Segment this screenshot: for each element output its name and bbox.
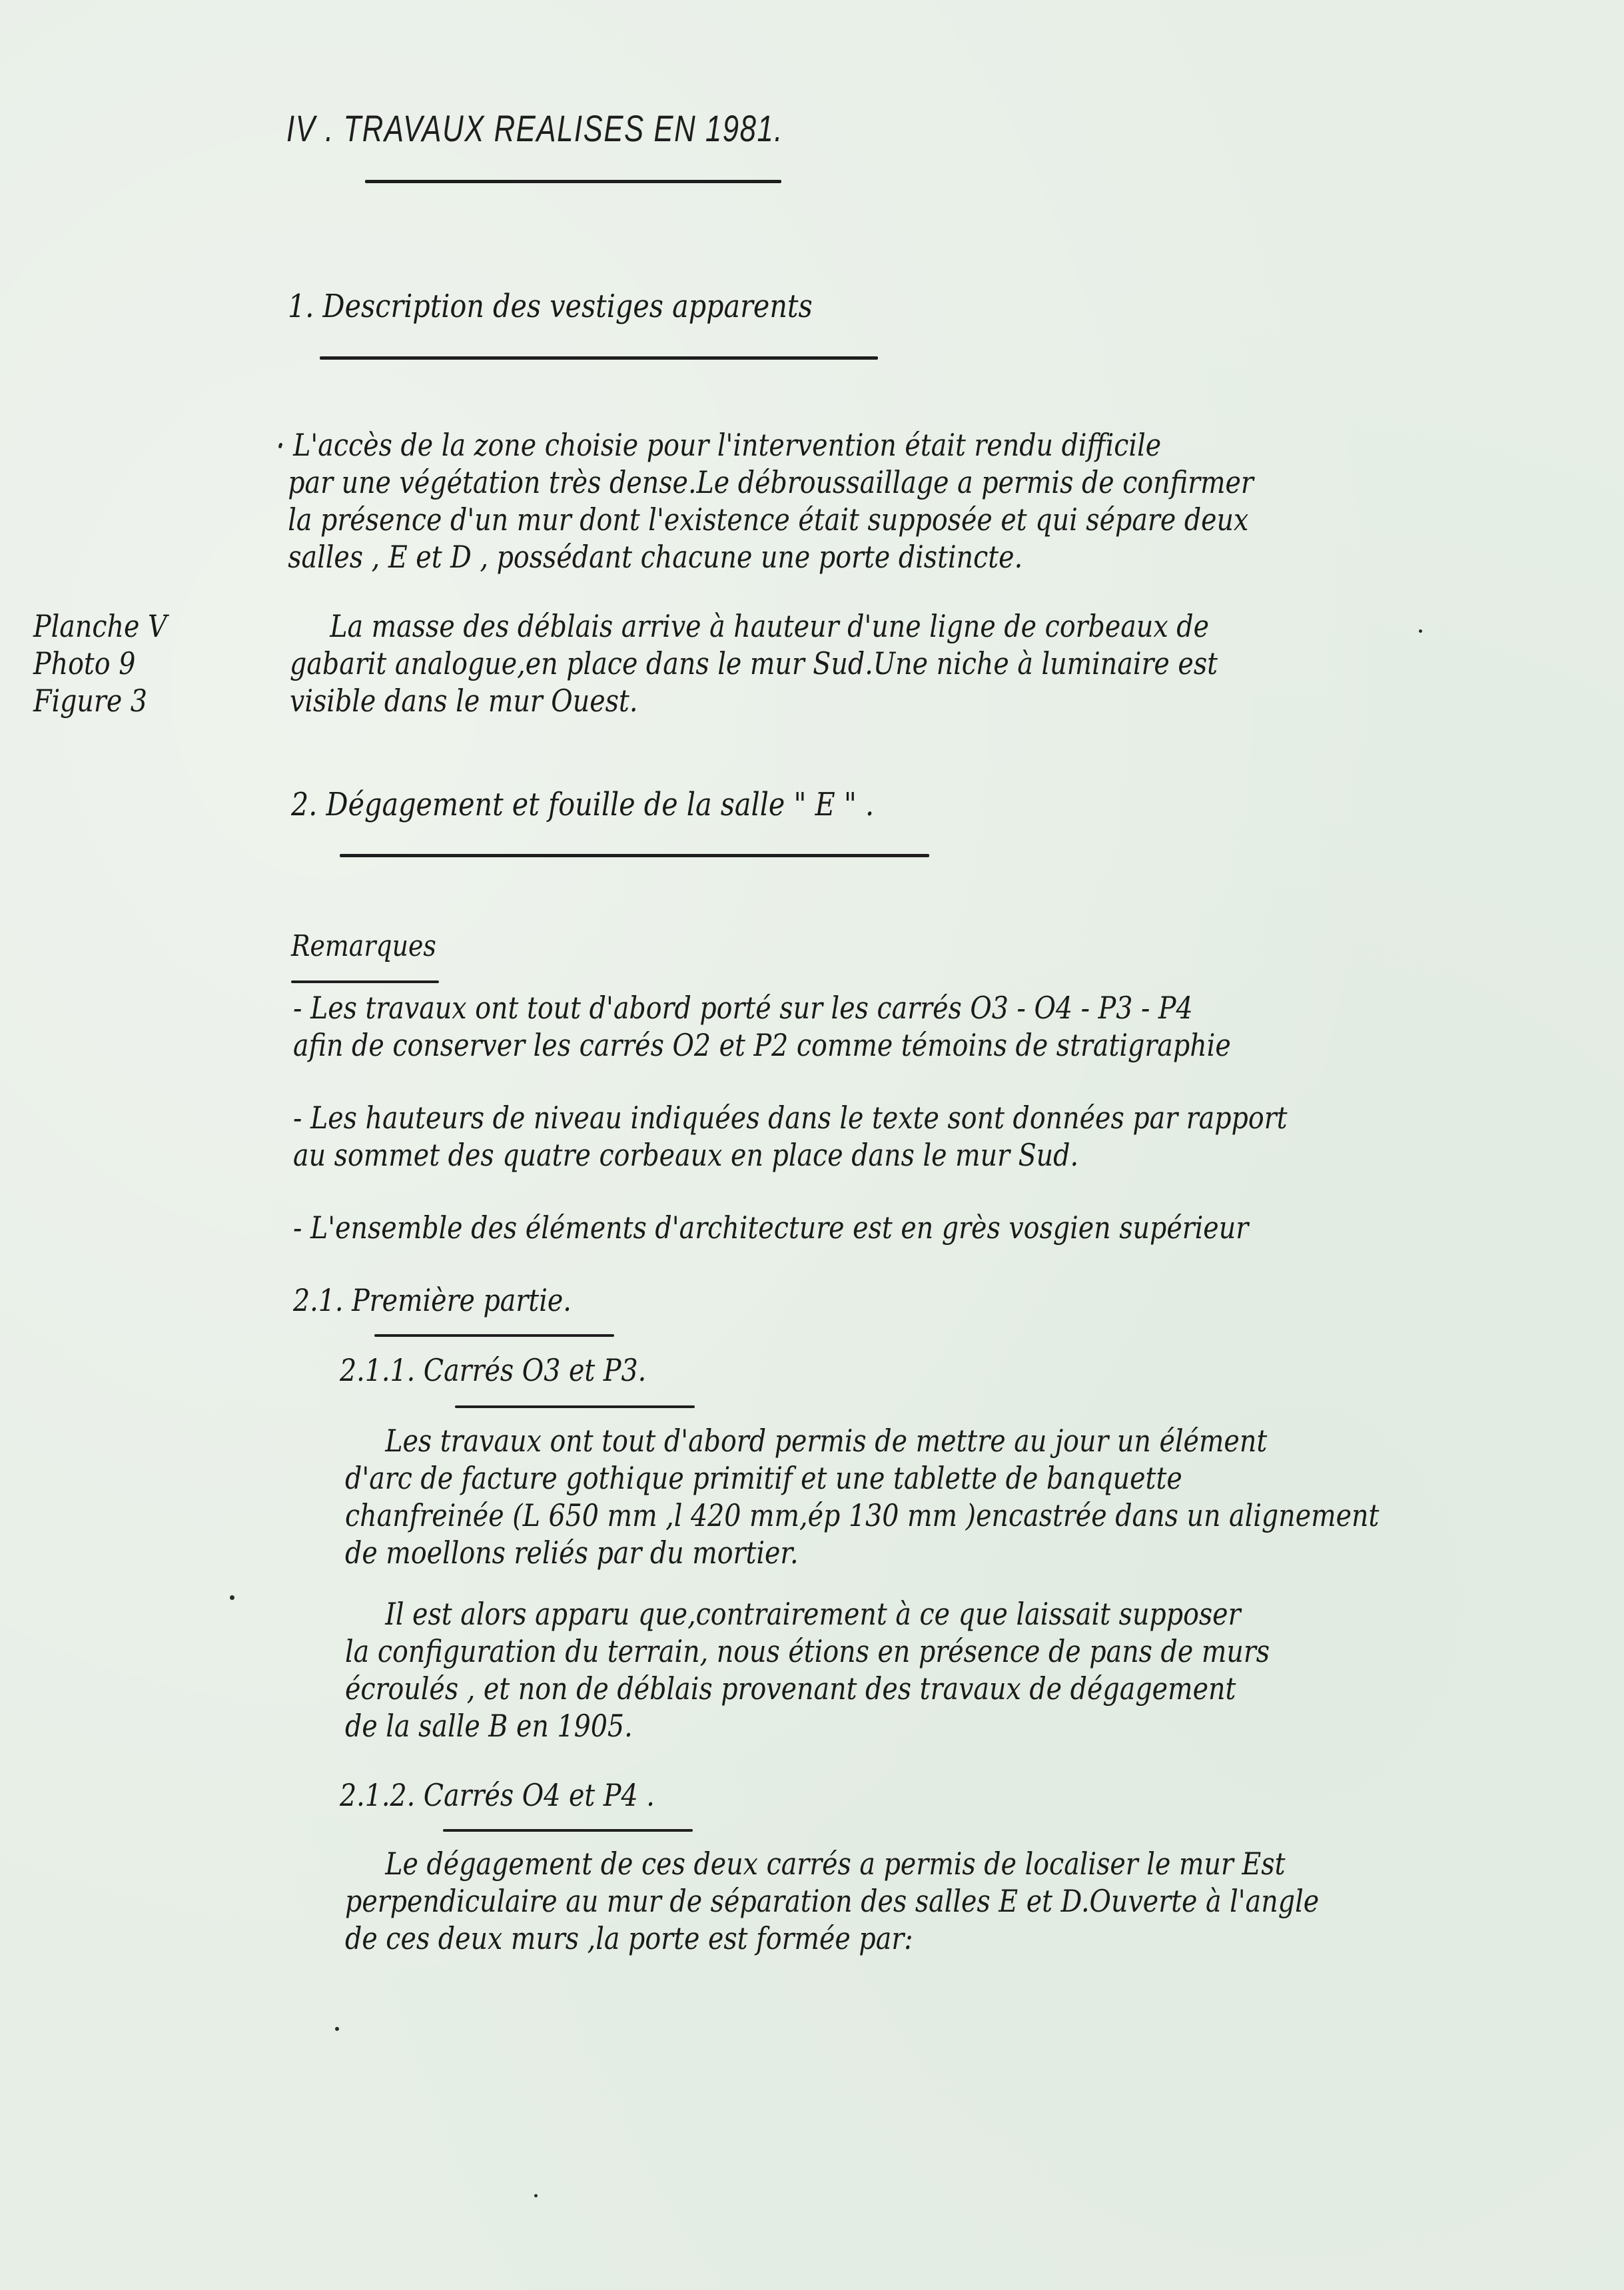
text-line: Il est alors apparu que,contrairement à … — [385, 1595, 1270, 1633]
section-1-paragraph-2: La masse des déblais arrive à hauteur d'… — [290, 607, 1218, 719]
text-line: visible dans le mur Ouest. — [290, 682, 1218, 719]
subsection-2-1-2-heading: 2.1.2. Carrés O4 et P4 . — [340, 1777, 655, 1813]
subsection-2-1-2-underline — [443, 1829, 693, 1832]
text-line: de ces deux murs ,la porte est formée pa… — [345, 1920, 1319, 1957]
section-2-heading: 2. Dégagement et fouille de la salle " E… — [291, 786, 874, 823]
text-line: Le dégagement de ces deux carrés a permi… — [385, 1845, 1319, 1882]
text-line: perpendiculaire au mur de séparation des… — [345, 1882, 1319, 1920]
remark-2: - Les hauteurs de niveau indiquées dans … — [293, 1099, 1288, 1174]
subsection-2-1-heading: 2.1. Première partie. — [293, 1282, 572, 1318]
text-line: salles , E et D , possédant chacune une … — [288, 538, 1254, 575]
subsection-2-1-1-underline — [455, 1405, 695, 1408]
section-2-underline — [340, 854, 929, 857]
text-line: Les travaux ont tout d'abord permis de m… — [385, 1422, 1379, 1459]
subsection-2-1-1-paragraph-2: Il est alors apparu que,contrairement à … — [345, 1595, 1270, 1744]
scan-speck — [534, 2194, 538, 2197]
title-underline — [365, 180, 781, 183]
text-line: de la salle B en 1905. — [345, 1707, 1270, 1744]
text-line: au sommet des quatre corbeaux en place d… — [293, 1136, 1288, 1174]
scan-speck — [1419, 629, 1422, 633]
subsection-2-1-2-paragraph-1: Le dégagement de ces deux carrés a permi… — [345, 1845, 1319, 1957]
margin-references: Planche V Photo 9 Figure 3 — [33, 607, 167, 719]
text-line: La masse des déblais arrive à hauteur d'… — [330, 607, 1218, 645]
margin-note-figure: Figure 3 — [33, 682, 167, 719]
text-line: - Les hauteurs de niveau indiquées dans … — [293, 1099, 1288, 1136]
text-line: de moellons reliés par du mortier. — [345, 1534, 1379, 1571]
subsection-2-1-1-paragraph-1: Les travaux ont tout d'abord permis de m… — [345, 1422, 1379, 1571]
section-1-underline — [320, 356, 878, 360]
text-line: chanfreinée (L 650 mm ,l 420 mm,ép 130 m… — [345, 1497, 1379, 1534]
scan-speck — [230, 1595, 234, 1600]
text-line: la présence d'un mur dont l'existence ét… — [288, 501, 1254, 538]
text-line: par une végétation très dense.Le débrous… — [288, 464, 1254, 501]
text-line: écroulés , et non de déblais provenant d… — [345, 1670, 1270, 1707]
text-line: - Les travaux ont tout d'abord porté sur… — [293, 989, 1231, 1026]
margin-note-photo: Photo 9 — [33, 645, 167, 682]
remarks-heading: Remarques — [291, 929, 436, 963]
remark-1: - Les travaux ont tout d'abord porté sur… — [293, 989, 1231, 1064]
margin-note-planche: Planche V — [33, 607, 167, 645]
scan-speck — [278, 445, 282, 448]
text-line: afin de conserver les carrés O2 et P2 co… — [293, 1026, 1231, 1064]
scanned-page: IV . TRAVAUX REALISES EN 1981. 1. Descri… — [0, 0, 1624, 2290]
remark-3: - L'ensemble des éléments d'architecture… — [293, 1209, 1248, 1246]
scan-speck — [335, 2027, 339, 2031]
remarks-underline — [291, 980, 439, 983]
text-line: la configuration du terrain, nous étions… — [345, 1633, 1270, 1670]
section-1-heading: 1. Description des vestiges apparents — [288, 288, 813, 325]
subsection-2-1-1-heading: 2.1.1. Carrés O3 et P3. — [340, 1352, 646, 1388]
text-line: - L'ensemble des éléments d'architecture… — [293, 1209, 1248, 1246]
text-line: d'arc de facture gothique primitif et un… — [345, 1459, 1379, 1497]
section-1-paragraph-1: · L'accès de la zone choisie pour l'inte… — [276, 426, 1254, 575]
text-line: gabarit analogue,en place dans le mur Su… — [290, 645, 1218, 682]
text-line: · L'accès de la zone choisie pour l'inte… — [276, 426, 1254, 464]
subsection-2-1-underline — [374, 1334, 614, 1337]
page-title: IV . TRAVAUX REALISES EN 1981. — [286, 107, 783, 150]
